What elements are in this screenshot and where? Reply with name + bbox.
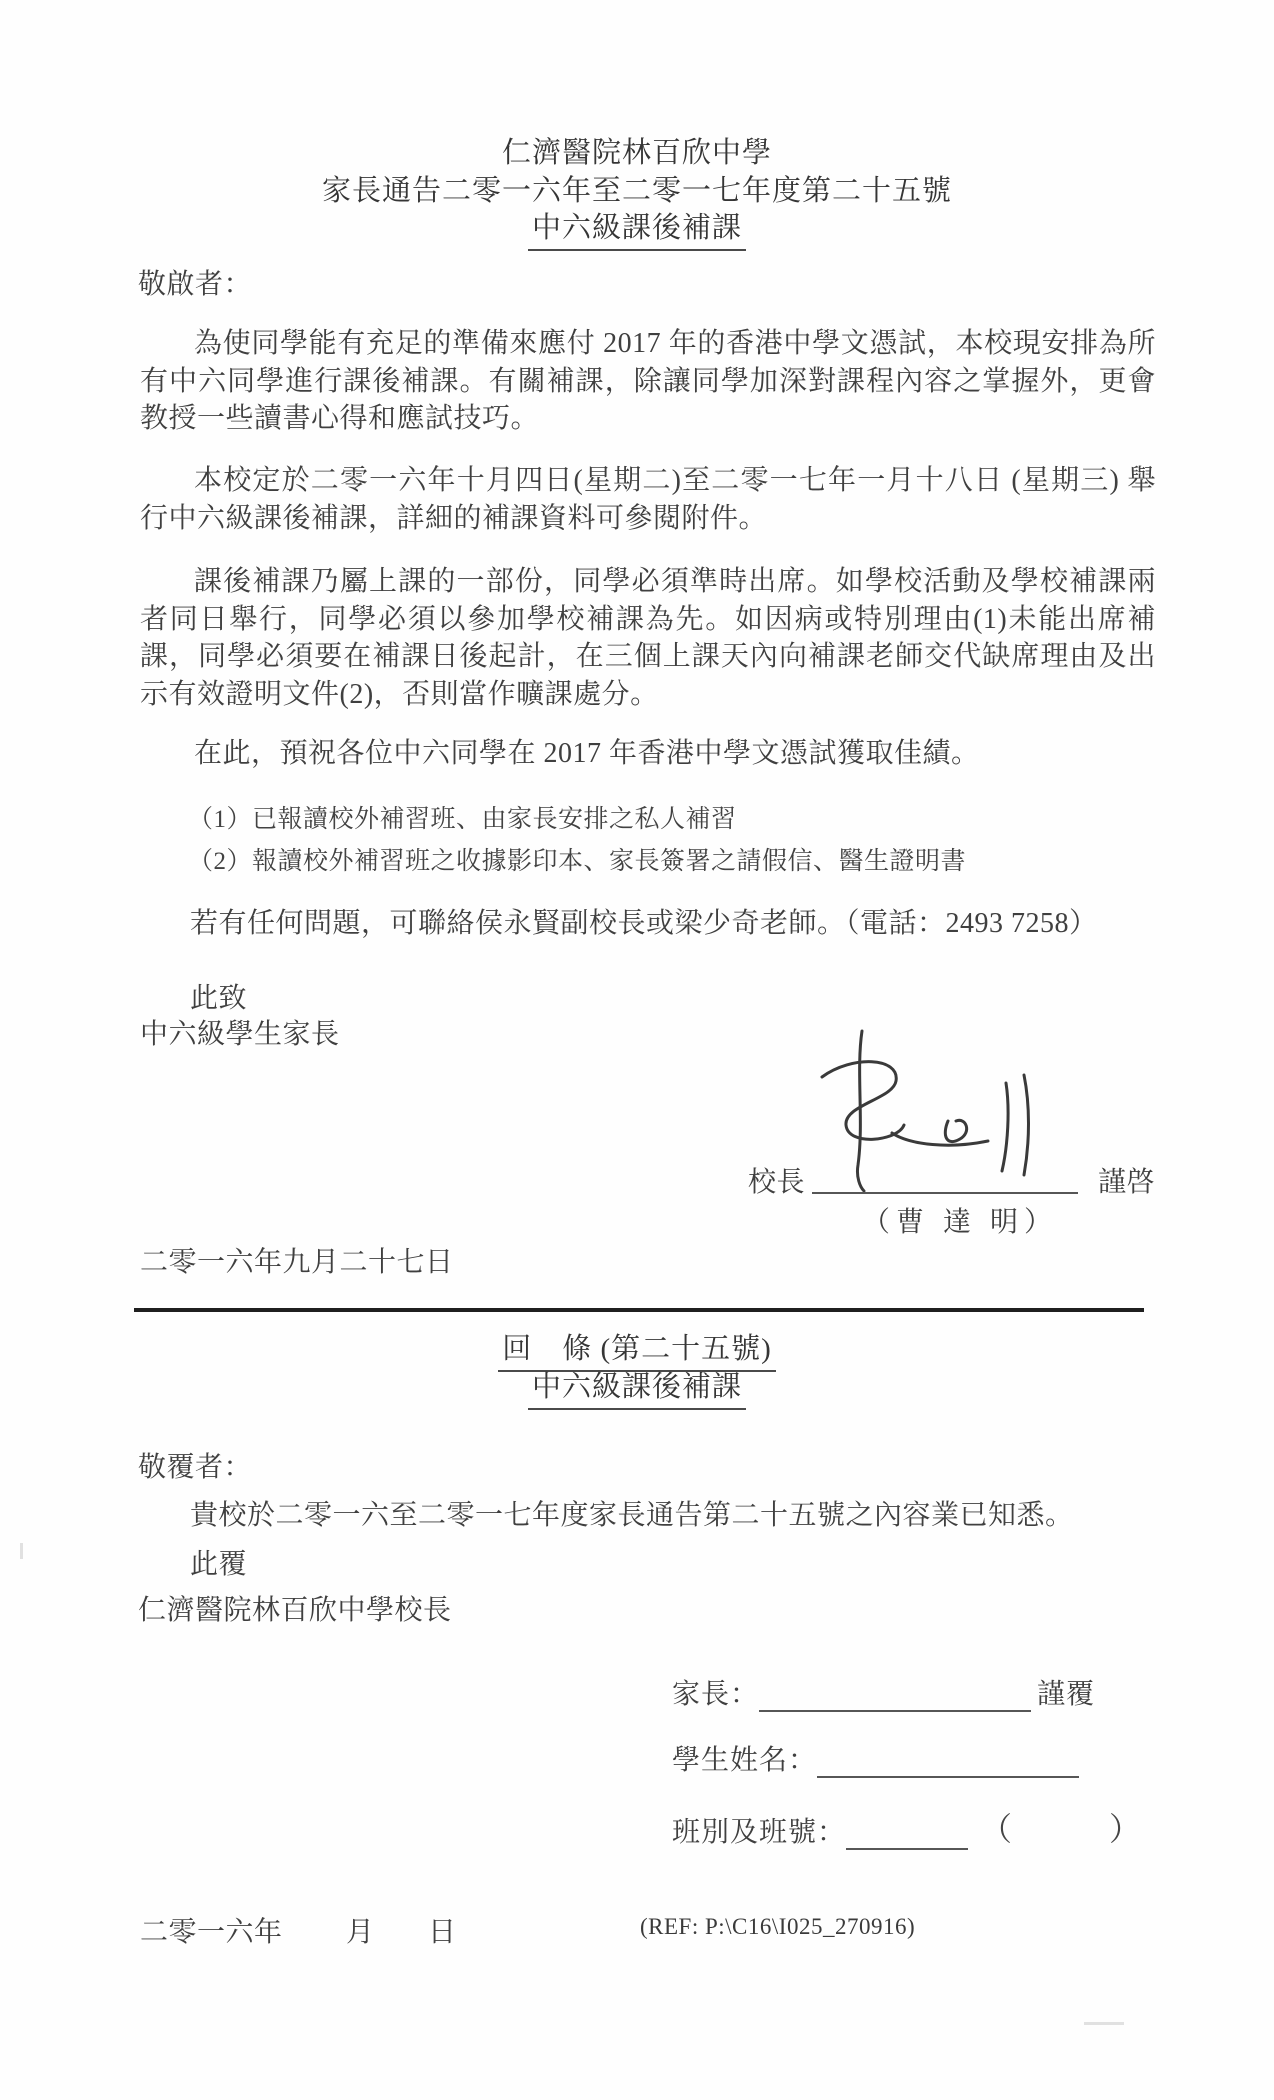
paragraph-3: 課後補課乃屬上課的一部份，同學必須準時出席。如學校活動及學校補課兩者同日舉行，同… xyxy=(140,563,1156,713)
principal-signature-line xyxy=(812,1192,1078,1194)
principal-label: 校長 xyxy=(748,1160,805,1200)
scanned-notice-page: 仁濟醫院林百欣中學 家長通告二零一六年至二零一七年度第二十五號 中六級課後補課 … xyxy=(0,0,1274,2100)
parent-field-row: 家長： 謹覆 xyxy=(672,1672,1095,1712)
scan-artifact xyxy=(1084,2022,1124,2025)
notice-title: 家長通告二零一六年至二零一七年度第二十五號 xyxy=(0,168,1274,209)
reply-salutation: 敬覆者： xyxy=(138,1445,252,1485)
scan-artifact xyxy=(20,1543,23,1559)
notice-subject-row: 中六級課後補課 xyxy=(0,205,1274,251)
closing: 此致 xyxy=(190,976,247,1016)
respectfully-label: 謹啓 xyxy=(1098,1160,1155,1200)
notice-subject: 中六級課後補課 xyxy=(528,205,746,251)
salutation: 敬啟者： xyxy=(138,262,252,302)
parent-respectfully-label: 謹覆 xyxy=(1037,1672,1095,1712)
class-field-row: 班別及班號： （ ） xyxy=(672,1804,1142,1850)
addressee: 中六級學生家長 xyxy=(140,1012,340,1052)
parent-signature-blank xyxy=(759,1678,1031,1712)
close-paren: ） xyxy=(1109,1804,1142,1850)
notice-date: 二零一六年九月二十七日 xyxy=(140,1240,454,1280)
principal-signature xyxy=(800,1025,1080,1195)
student-name-blank xyxy=(817,1744,1079,1778)
reply-date-day: 日 xyxy=(428,1910,457,1950)
paragraph-1: 為使同學能有充足的準備來應付 2017 年的香港中學文憑試，本校現安排為所有中六… xyxy=(140,325,1156,438)
reply-subject: 中六級課後補課 xyxy=(528,1364,746,1410)
paragraph-4: 在此，預祝各位中六同學在 2017 年香港中學文憑試獲取佳績。 xyxy=(140,735,1156,773)
footnote-1: （1）已報讀校外補習班、由家長安排之私人補習 xyxy=(188,799,737,835)
reply-date-month: 月 xyxy=(346,1910,375,1950)
reply-closing: 此覆 xyxy=(190,1542,247,1582)
reply-subject-row: 中六級課後補課 xyxy=(0,1364,1274,1410)
ref-code: (REF: P:\C16\I025_270916) xyxy=(640,1914,915,1940)
parent-field-label: 家長： xyxy=(672,1672,759,1712)
separator-line xyxy=(134,1308,1144,1312)
reply-addressee: 仁濟醫院林百欣中學校長 xyxy=(138,1588,452,1628)
school-name: 仁濟醫院林百欣中學 xyxy=(0,130,1274,171)
class-label: 班別及班號： xyxy=(672,1810,846,1850)
reply-date-year: 二零一六年 xyxy=(140,1910,283,1950)
reply-acknowledgement: 貴校於二零一六至二零一七年度家長通告第二十五號之內容業已知悉。 xyxy=(190,1493,1074,1533)
student-name-label: 學生姓名： xyxy=(672,1738,817,1778)
student-field-row: 學生姓名： xyxy=(672,1738,1079,1778)
contact-line: 若有任何問題，可聯絡侯永賢副校長或梁少奇老師。（電話：2493 7258） xyxy=(190,901,1098,941)
paragraph-2: 本校定於二零一六年十月四日(星期二)至二零一七年一月十八日 (星期三) 舉行中六… xyxy=(140,462,1156,537)
class-blank xyxy=(846,1816,968,1850)
principal-name: （曹 達 明） xyxy=(810,1200,1110,1240)
footnote-2: （2）報讀校外補習班之收據影印本、家長簽署之請假信、醫生證明書 xyxy=(188,841,966,877)
open-paren: （ xyxy=(980,1804,1013,1850)
